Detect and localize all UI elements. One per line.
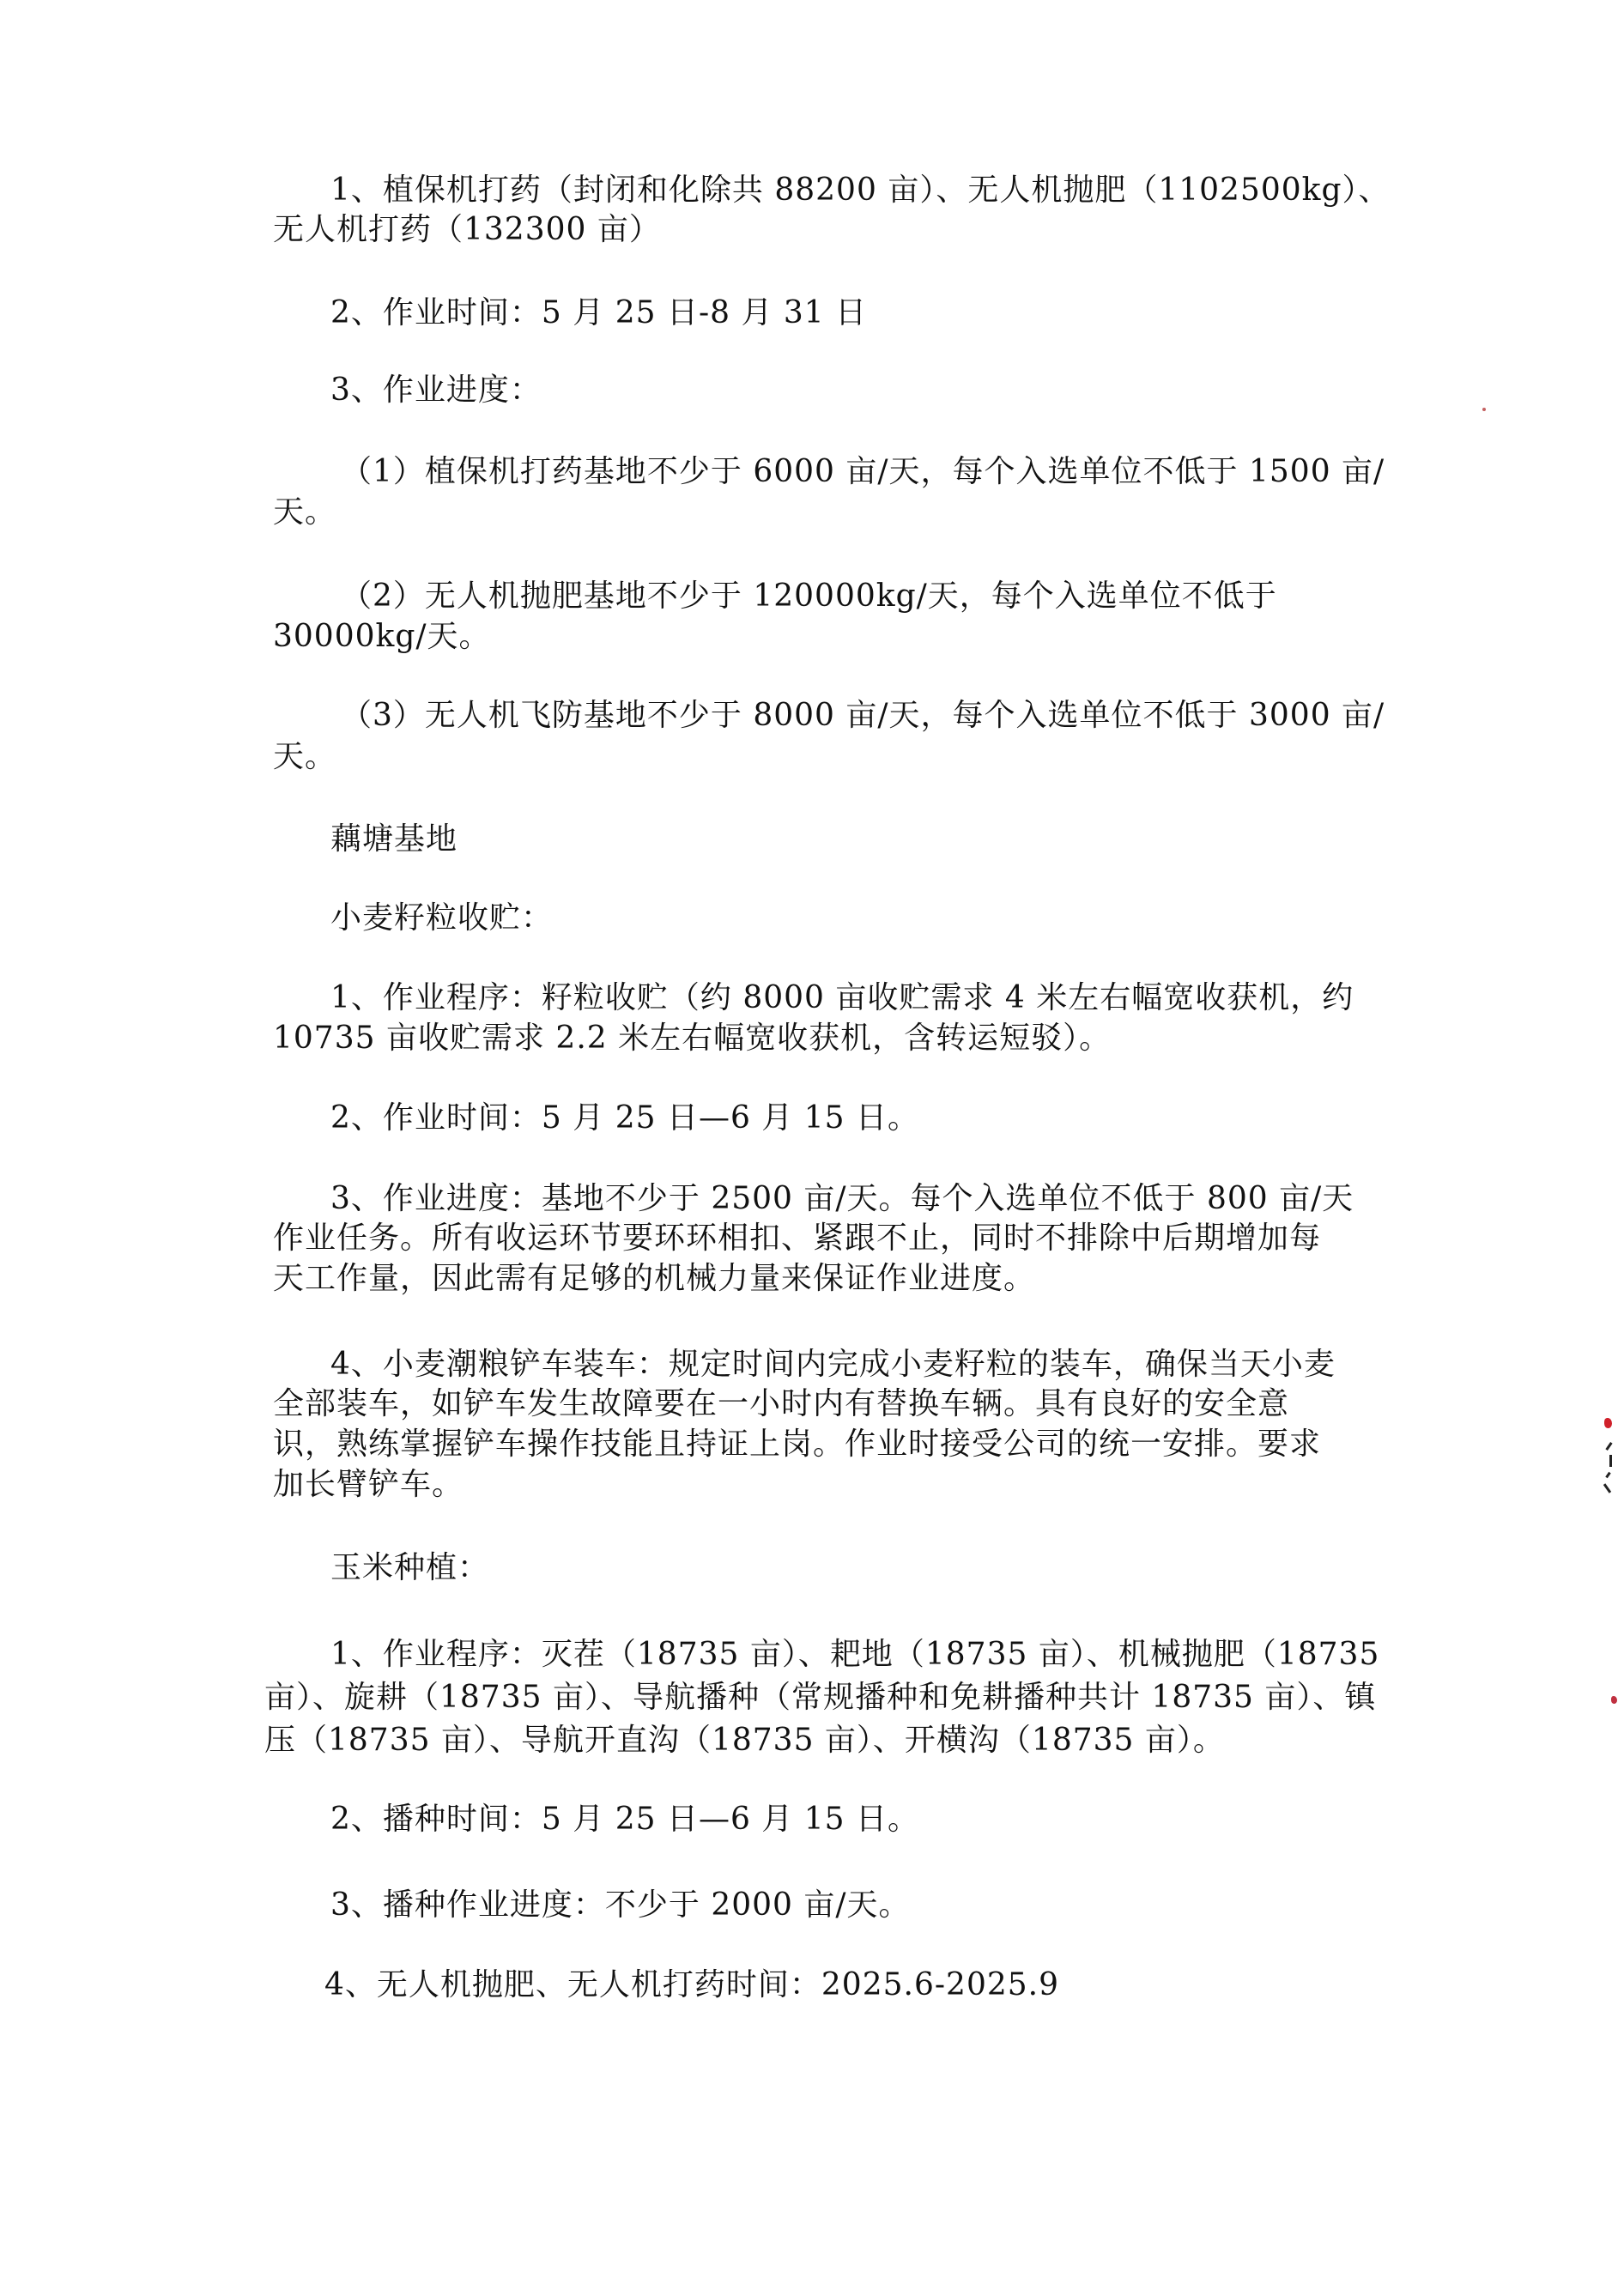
stamp-fragment-stroke (1609, 1455, 1612, 1467)
paragraph-line: 天。 (273, 738, 336, 776)
paragraph-line: 10735 亩收贮需求 2.2 米左右幅宽收获机，含转运短驳）。 (273, 1020, 1111, 1057)
paragraph-line: 2、作业时间：5 月 25 日-8 月 31 日 (330, 294, 867, 332)
stamp-fragment-stroke (1605, 1472, 1610, 1478)
stamp-fragment-dot (1482, 408, 1486, 411)
paragraph-line: （3）无人机飞防基地不少于 8000 亩/天，每个入选单位不低于 3000 亩/ (341, 697, 1385, 735)
paragraph-line: 2、播种时间：5 月 25 日—6 月 15 日。 (330, 1801, 919, 1839)
stamp-fragment-mark (1611, 1696, 1617, 1704)
stamp-fragment-mark (1604, 1418, 1612, 1428)
paragraph-line: 3、作业进度：基地不少于 2500 亩/天。每个入选单位不低于 800 亩/天 (330, 1180, 1354, 1218)
subsection-heading: 玉米种植： (330, 1549, 489, 1587)
stamp-fragment-stroke (1605, 1442, 1612, 1451)
subsection-heading: 小麦籽粒收贮： (330, 900, 553, 937)
document-page: 1、植保机打药（封闭和化除共 88200 亩）、无人机抛肥（1102500kg）… (0, 0, 1624, 2296)
paragraph-line: 4、无人机抛肥、无人机打药时间：2025.6-2025.9 (324, 1966, 1059, 2004)
paragraph-line: （1）植保机打药基地不少于 6000 亩/天，每个入选单位不低于 1500 亩/ (341, 453, 1385, 491)
paragraph-line: 亩）、旋耕（18735 亩）、导航播种（常规播种和免耕播种共计 18735 亩）… (264, 1679, 1376, 1717)
paragraph-line: 天工作量，因此需有足够的机械力量来保证作业进度。 (273, 1260, 1035, 1298)
paragraph-line: 1、植保机打药（封闭和化除共 88200 亩）、无人机抛肥（1102500kg）… (330, 172, 1391, 209)
paragraph-line: 2、作业时间：5 月 25 日—6 月 15 日。 (330, 1100, 919, 1137)
paragraph-line: 3、播种作业进度：不少于 2000 亩/天。 (330, 1887, 911, 1924)
stamp-fragment-stroke (1603, 1483, 1611, 1493)
paragraph-line: （2）无人机抛肥基地不少于 120000kg/天，每个入选单位不低于 (341, 578, 1277, 615)
paragraph-line: 30000kg/天。 (273, 618, 491, 656)
paragraph-line: 全部装车，如铲车发生故障要在一小时内有替换车辆。具有良好的安全意 (273, 1385, 1289, 1423)
paragraph-line: 3、作业进度： (330, 372, 542, 409)
paragraph-line: 识，熟练掌握铲车操作技能且持证上岗。作业时接受公司的统一安排。要求 (273, 1426, 1321, 1463)
paragraph-line: 1、作业程序：灭茬（18735 亩）、耙地（18735 亩）、机械抛肥（1873… (330, 1636, 1379, 1674)
section-heading: 藕塘基地 (330, 821, 458, 858)
paragraph-line: 1、作业程序：籽粒收贮（约 8000 亩收贮需求 4 米左右幅宽收获机，约 (330, 979, 1354, 1017)
paragraph-line: 压（18735 亩）、导航开直沟（18735 亩）、开横沟（18735 亩）。 (264, 1722, 1225, 1760)
paragraph-line: 作业任务。所有收运环节要环环相扣、紧跟不止，同时不排除中后期增加每 (273, 1220, 1321, 1257)
paragraph-line: 天。 (273, 494, 336, 531)
paragraph-line: 4、小麦潮粮铲车装车：规定时间内完成小麦籽粒的装车，确保当天小麦 (330, 1346, 1336, 1384)
paragraph-line: 无人机打药（132300 亩） (273, 211, 661, 249)
paragraph-line: 加长臂铲车。 (273, 1466, 464, 1504)
